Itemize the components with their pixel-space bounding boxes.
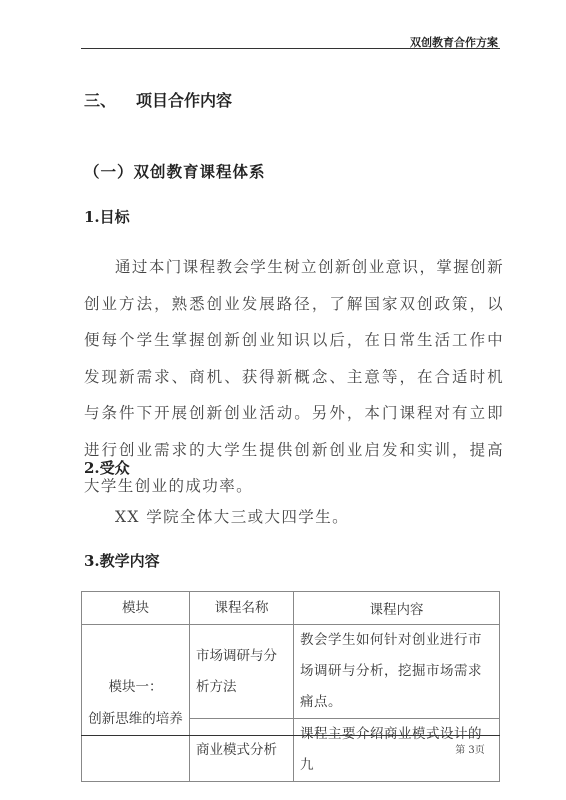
item-heading-goal: 1.目标 [84, 206, 130, 227]
table-row: 模块一： 创新思维的培养 市场调研与分析方法 教会学生如何针对创业进行市场调研与… [82, 625, 500, 719]
item-heading-content: 3.教学内容 [84, 550, 160, 571]
goal-text: 通过本门课程教会学生树立创新创业意识，掌握创新创业方法，熟悉创业发展路径，了解国… [84, 249, 504, 505]
course-name-cell: 市场调研与分析方法 [190, 625, 294, 719]
module-name: 创新思维的培养 [88, 703, 183, 735]
header-rule [81, 48, 500, 49]
header-module: 模块 [82, 592, 190, 625]
audience-text: XX 学院全体大三或大四学生。 [84, 499, 504, 536]
section-heading: 三、项目合作内容 [84, 88, 232, 111]
item-heading-audience: 2.受众 [84, 457, 130, 478]
table-header-row: 模块 课程名称 课程内容 [82, 592, 500, 625]
header-course-content: 课程内容 [294, 592, 500, 625]
header-course-name: 课程名称 [190, 592, 294, 625]
subsection-heading: （一）双创教育课程体系 [84, 160, 266, 182]
module-label: 模块一： [88, 671, 183, 703]
section-number: 三、 [84, 91, 116, 110]
footer-rule [81, 735, 500, 736]
page-number: 第 3页 [440, 741, 500, 756]
audience-paragraph: XX 学院全体大三或大四学生。 [84, 499, 504, 536]
course-content-cell: 教会学生如何针对创业进行市场调研与分析，挖掘市场需求痛点。 [294, 625, 500, 719]
section-title: 项目合作内容 [136, 91, 232, 110]
course-name-cell: 商业模式分析 [190, 719, 294, 782]
goal-paragraph: 通过本门课程教会学生树立创新创业意识，掌握创新创业方法，熟悉创业发展路径，了解国… [84, 249, 504, 505]
module-cell: 模块一： 创新思维的培养 [82, 625, 190, 782]
course-table: 模块 课程名称 课程内容 模块一： 创新思维的培养 市场调研与分析方法 教会学生… [81, 591, 500, 782]
